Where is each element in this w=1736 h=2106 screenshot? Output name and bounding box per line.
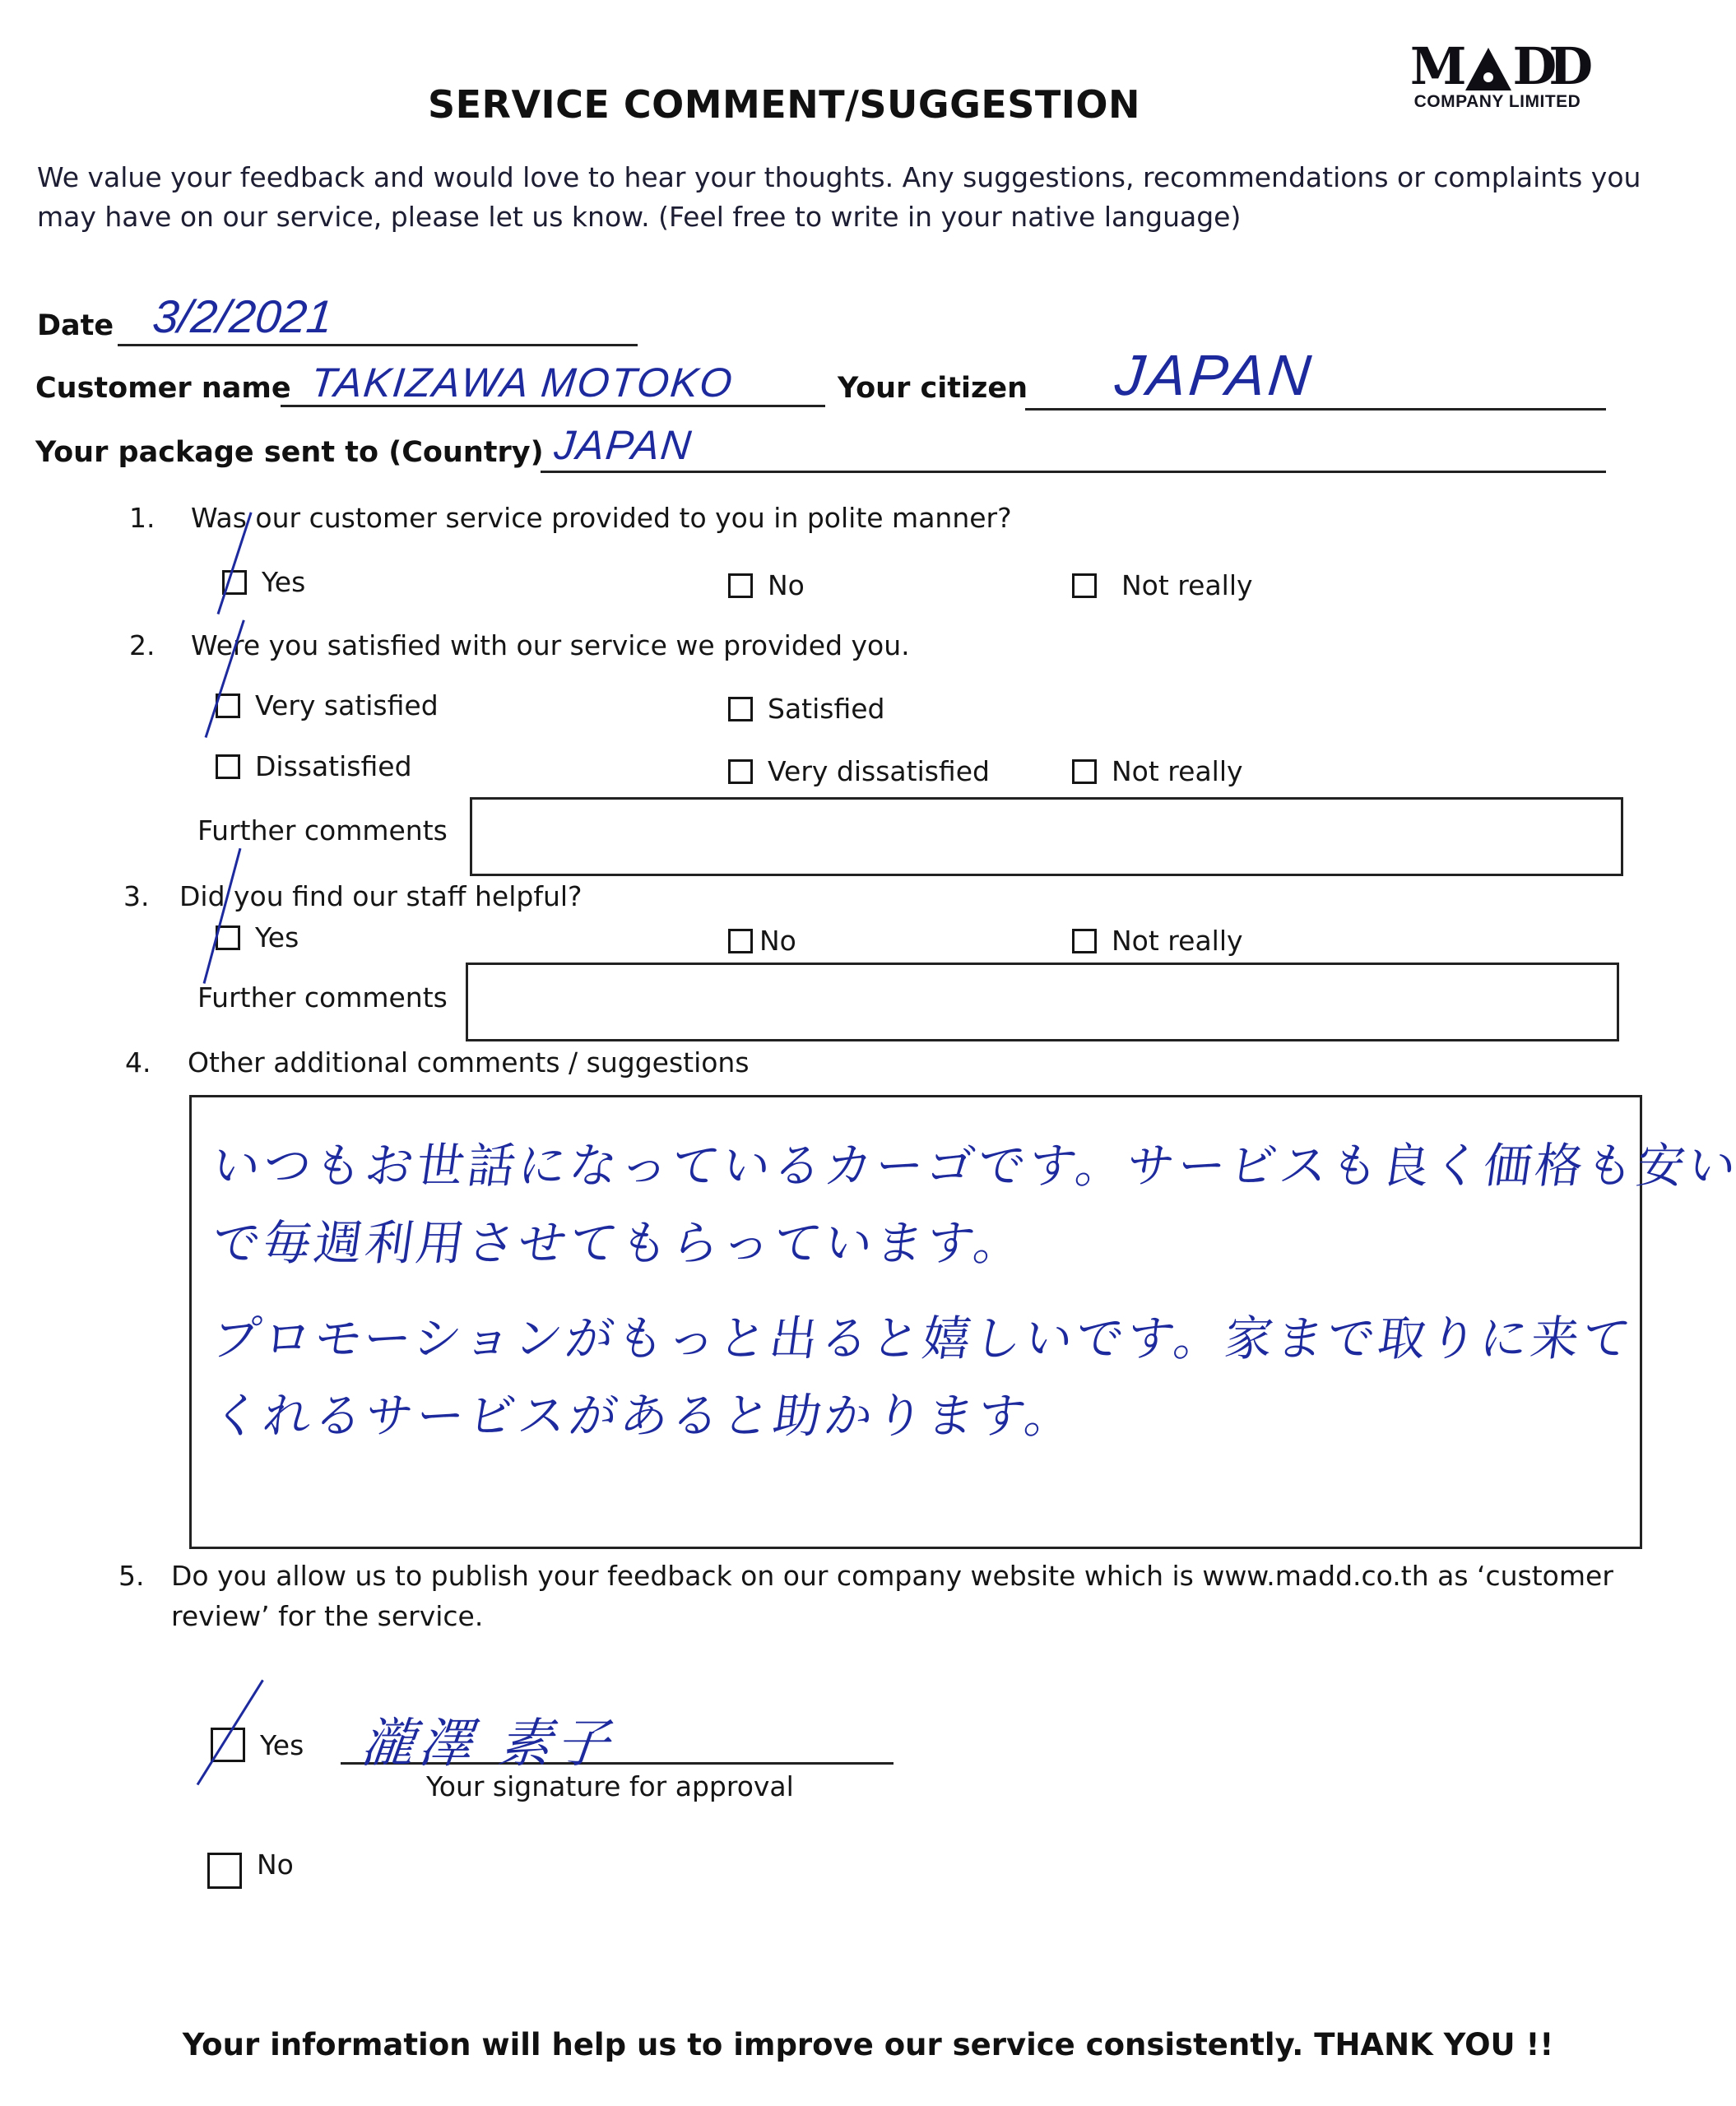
intro-text-line-2: may have on our service, please let us k… [37, 201, 1241, 233]
customer-name-field[interactable]: TAKIZAWA MOTOKO [309, 359, 736, 406]
q5-option-yes[interactable]: Yes [211, 1728, 304, 1762]
date-field[interactable]: 3/2/2021 [151, 290, 336, 343]
comment-line: くれるサービスがあると助かります。 [208, 1377, 1081, 1446]
q3-text: Did you find our staff helpful? [179, 880, 583, 912]
checkbox[interactable] [1072, 759, 1097, 784]
logo-subtitle: COMPANY LIMITED [1399, 92, 1596, 112]
checkbox[interactable] [216, 754, 240, 779]
package-country-field[interactable]: JAPAN [552, 421, 695, 469]
q5-option-no[interactable]: No [207, 1853, 294, 1889]
q2-further-comments-label: Further comments [197, 814, 448, 847]
triangle-logo-icon [1465, 48, 1511, 90]
q1-number: 1. [129, 502, 155, 534]
citizen-label: Your citizen [838, 372, 1028, 405]
q5-number: 5. [118, 1560, 145, 1592]
package-country-label: Your package sent to (Country) [35, 436, 544, 469]
q2-number: 2. [129, 629, 155, 661]
q2-option-dissatisfied[interactable]: Dissatisfied [216, 750, 412, 782]
q2-text: Were you satisfied with our service we p… [191, 629, 910, 661]
q2-option-very-satisfied[interactable]: Very satisfied [216, 689, 439, 721]
checkbox[interactable] [728, 697, 753, 721]
comment-line: で毎週利用させてもらっています。 [208, 1204, 1030, 1273]
footer-thank-you: Your information will help us to improve… [0, 2027, 1736, 2062]
q4-text: Other additional comments / suggestions [188, 1046, 750, 1079]
checkbox[interactable] [728, 759, 753, 784]
citizen-field[interactable]: JAPAN [1112, 342, 1317, 408]
date-label: Date [37, 309, 114, 342]
signature-label: Your signature for approval [426, 1770, 794, 1802]
q1-text: Was our customer service provided to you… [191, 502, 1012, 534]
q3-further-comments-input[interactable] [466, 963, 1619, 1041]
checkbox[interactable] [728, 929, 753, 953]
signature-field[interactable]: 瀧澤 素子 [358, 1701, 618, 1777]
q2-option-very-dissatisfied[interactable]: Very dissatisfied [728, 755, 990, 787]
checkbox[interactable] [207, 1853, 242, 1889]
q1-option-not-really[interactable]: Not really [1072, 569, 1253, 601]
q3-option-not-really[interactable]: Not really [1072, 925, 1243, 957]
check-mark-icon [203, 848, 242, 984]
comment-line: プロモーションがもっと出ると嬉しいです。家まで取りに来て [208, 1300, 1639, 1369]
q3-further-comments-label: Further comments [197, 981, 448, 1014]
q2-option-satisfied[interactable]: Satisfied [728, 693, 885, 725]
intro-text-line-1: We value your feedback and would love to… [37, 161, 1641, 193]
q4-comments-box[interactable]: いつもお世話になっているカーゴです。サービスも良く価格も安いの で毎週利用させて… [189, 1095, 1642, 1549]
q5-text-line-1: Do you allow us to publish your feedback… [171, 1560, 1613, 1592]
checkbox[interactable] [1072, 929, 1097, 953]
q5-text-line-2: review’ for the service. [171, 1600, 483, 1632]
q3-number: 3. [123, 880, 150, 912]
form-title: SERVICE COMMENT/SUGGESTION [0, 82, 1568, 127]
customer-name-label: Customer name [35, 372, 291, 405]
checkbox[interactable] [1072, 573, 1097, 598]
comment-line: いつもお世話になっているカーゴです。サービスも良く価格も安いの [208, 1127, 1736, 1196]
q3-option-yes[interactable]: Yes [216, 921, 299, 953]
company-logo: MDD COMPANY LIMITED [1399, 43, 1596, 117]
q1-option-yes[interactable]: Yes [222, 566, 305, 598]
q2-further-comments-input[interactable] [470, 797, 1623, 876]
q4-number: 4. [125, 1046, 151, 1079]
q2-option-not-really[interactable]: Not really [1072, 755, 1243, 787]
checkbox[interactable] [728, 573, 753, 598]
q3-option-no[interactable]: No [728, 925, 796, 957]
q1-option-no[interactable]: No [728, 569, 805, 601]
